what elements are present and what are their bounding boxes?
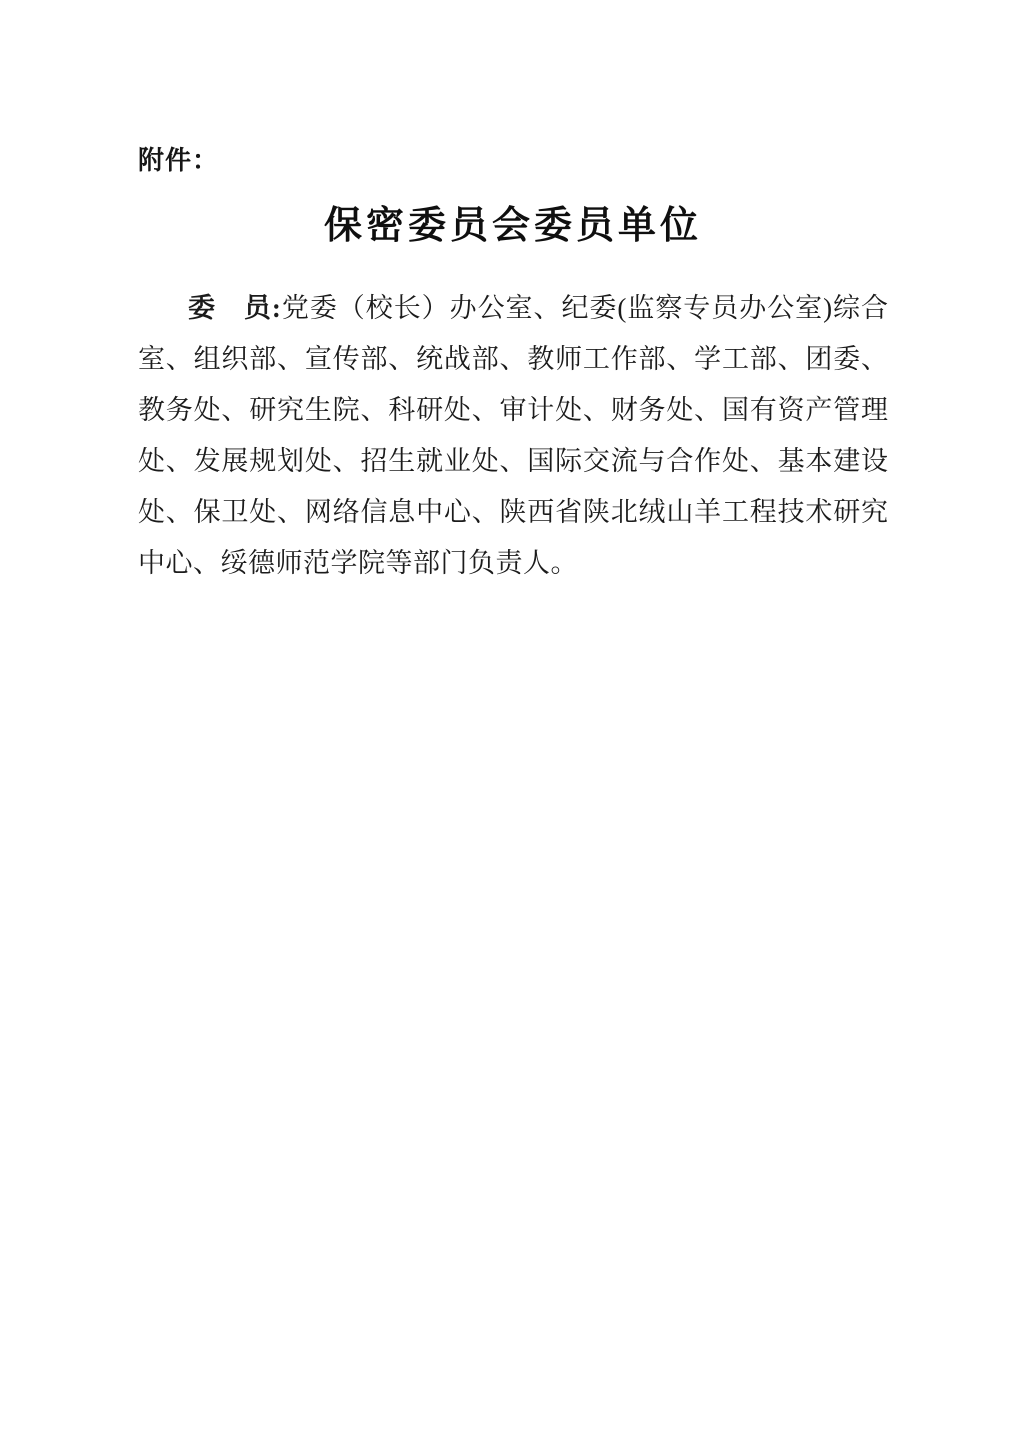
members-label: 委 员: xyxy=(188,293,281,323)
paragraph-line: 室、组织部、宣传部、统战部、教师工作部、学工部、团委、 xyxy=(138,334,888,385)
paragraph-line: 教务处、研究生院、科研处、审计处、财务处、国有资产管理 xyxy=(138,385,888,436)
paragraph-line: 处、保卫处、网络信息中心、陕西省陕北绒山羊工程技术研究 xyxy=(138,487,888,538)
document-page: 附件： 保密委员会委员单位 委 员:党委（校长）办公室、纪委(监察专员办公室)综… xyxy=(0,0,1024,1448)
attachment-label: 附件： xyxy=(138,146,888,174)
paragraph-line: 中心、绥德师范学院等部门负责人。 xyxy=(138,538,888,589)
members-paragraph: 委 员:党委（校长）办公室、纪委(监察专员办公室)综合 室、组织部、宣传部、统战… xyxy=(138,283,888,589)
page-title: 保密委员会委员单位 xyxy=(138,205,888,247)
paragraph-line: 处、发展规划处、招生就业处、国际交流与合作处、基本建设 xyxy=(138,436,888,487)
paragraph-line-text: 党委（校长）办公室、纪委(监察专员办公室)综合 xyxy=(281,293,888,323)
paragraph-line: 委 员:党委（校长）办公室、纪委(监察专员办公室)综合 xyxy=(138,283,888,334)
